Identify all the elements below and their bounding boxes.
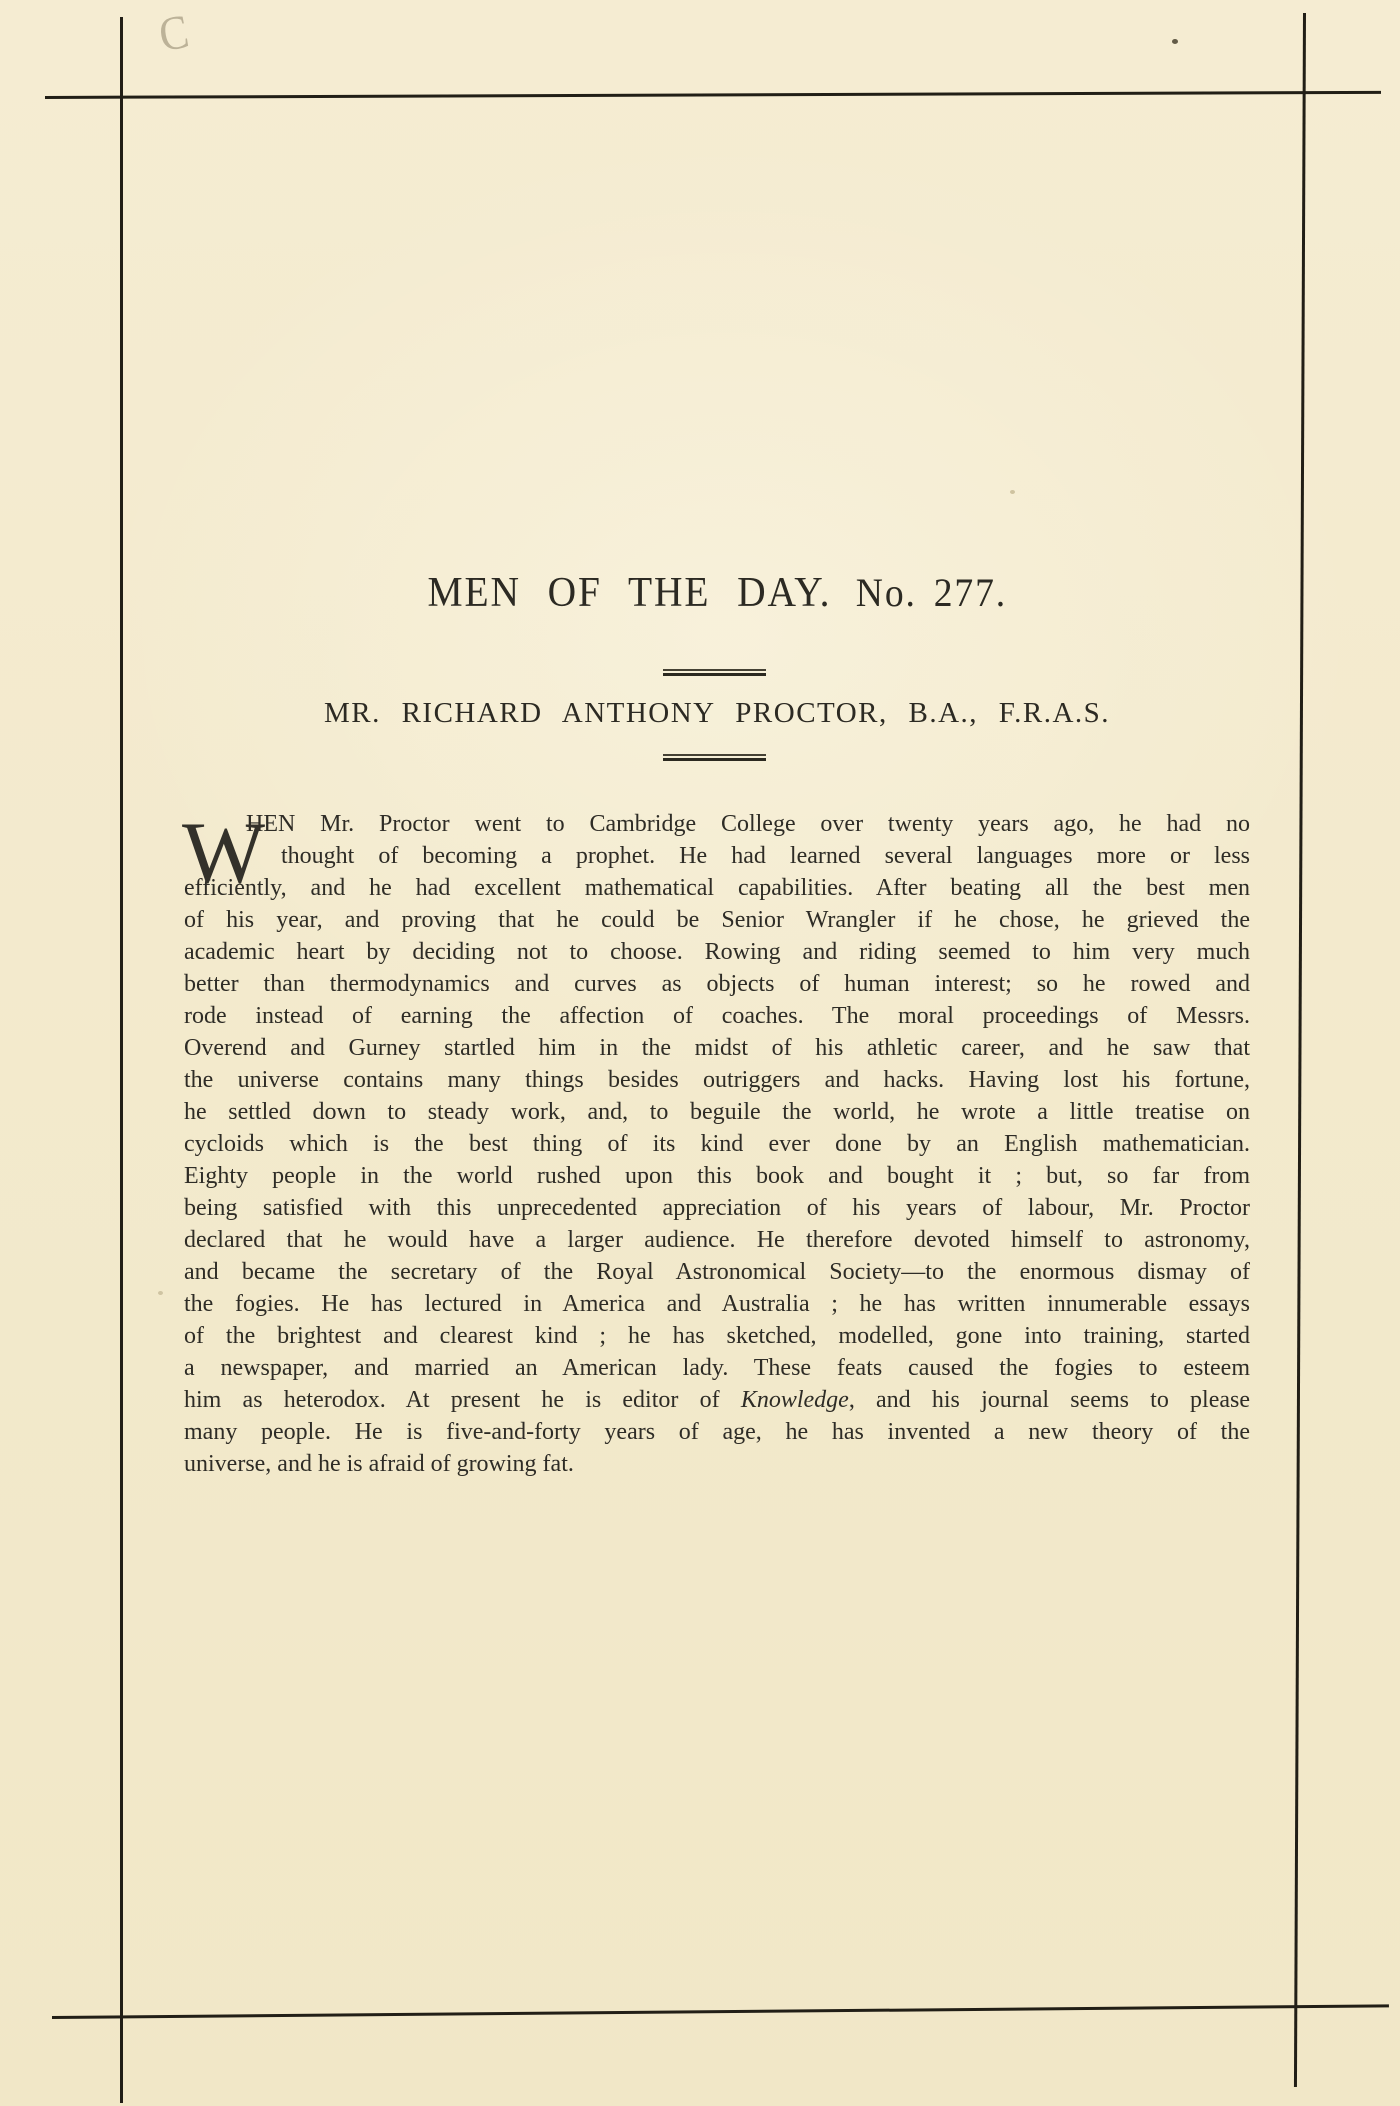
- text-line: cycloids which is the best thing of its …: [184, 1128, 1250, 1160]
- paper-speck: [1172, 39, 1178, 44]
- text-line: academic heart by deciding not to choose…: [184, 936, 1250, 968]
- border-rule-top: [45, 91, 1381, 99]
- text-line: of his year, and proving that he could b…: [184, 904, 1250, 936]
- double-rule-top: [663, 669, 766, 676]
- border-rule-bottom: [52, 2004, 1389, 2019]
- paper-speck: [1010, 490, 1015, 494]
- masthead: MEN OF THE DAY.No. 277.: [184, 572, 1250, 614]
- text-line: declared that he would have a larger aud…: [184, 1224, 1250, 1256]
- text-line: and became the secretary of the Royal As…: [184, 1256, 1250, 1288]
- text-line: efficiently, and he had excellent mathem…: [184, 872, 1250, 904]
- series-title: MEN OF THE DAY.: [427, 570, 831, 616]
- text-line: rode instead of earning the affection of…: [184, 1000, 1250, 1032]
- text-line: a newspaper, and married an American lad…: [184, 1352, 1250, 1384]
- journal-title-italic: Knowledge: [741, 1387, 849, 1413]
- text-segment: him as heterodox. At present he is edito…: [184, 1387, 741, 1413]
- paper-speck: [158, 1291, 163, 1295]
- text-line: him as heterodox. At present he is edito…: [184, 1384, 1250, 1416]
- text-line: universe, and he is afraid of growing fa…: [184, 1448, 1250, 1480]
- drop-cap: W: [182, 810, 265, 898]
- text-segment: , and his journal seems to please: [849, 1387, 1250, 1413]
- issue-number: No. 277.: [856, 570, 1007, 615]
- scanned-page: C MEN OF THE DAY.No. 277. MR. RICHARD AN…: [0, 0, 1400, 2106]
- text-line: thought of becoming a prophet. He had le…: [184, 840, 1250, 872]
- text-line: the universe contains many things beside…: [184, 1064, 1250, 1096]
- masthead-inner: MEN OF THE DAY.No. 277.: [427, 572, 1007, 614]
- text-line: Overend and Gurney startled him in the m…: [184, 1032, 1250, 1064]
- border-rule-right: [1294, 13, 1306, 2087]
- text-line: many people. He is five-and-forty years …: [184, 1416, 1250, 1448]
- double-rule-bottom: [663, 754, 766, 761]
- border-rule-left: [120, 17, 123, 2103]
- text-line: better than thermodynamics and curves as…: [184, 968, 1250, 1000]
- pencil-annotation: C: [156, 8, 193, 60]
- article-body: W HEN Mr. Proctor went to Cambridge Coll…: [184, 808, 1250, 1480]
- text-line: Eighty people in the world rushed upon t…: [184, 1160, 1250, 1192]
- text-line: being satisfied with this unprecedented …: [184, 1192, 1250, 1224]
- text-line: HEN Mr. Proctor went to Cambridge Colleg…: [184, 808, 1250, 840]
- subject-heading: MR. RICHARD ANTHONY PROCTOR, B.A., F.R.A…: [184, 699, 1250, 728]
- text-line: of the brightest and clearest kind ; he …: [184, 1320, 1250, 1352]
- text-line: he settled down to steady work, and, to …: [184, 1096, 1250, 1128]
- text-line: the fogies. He has lectured in America a…: [184, 1288, 1250, 1320]
